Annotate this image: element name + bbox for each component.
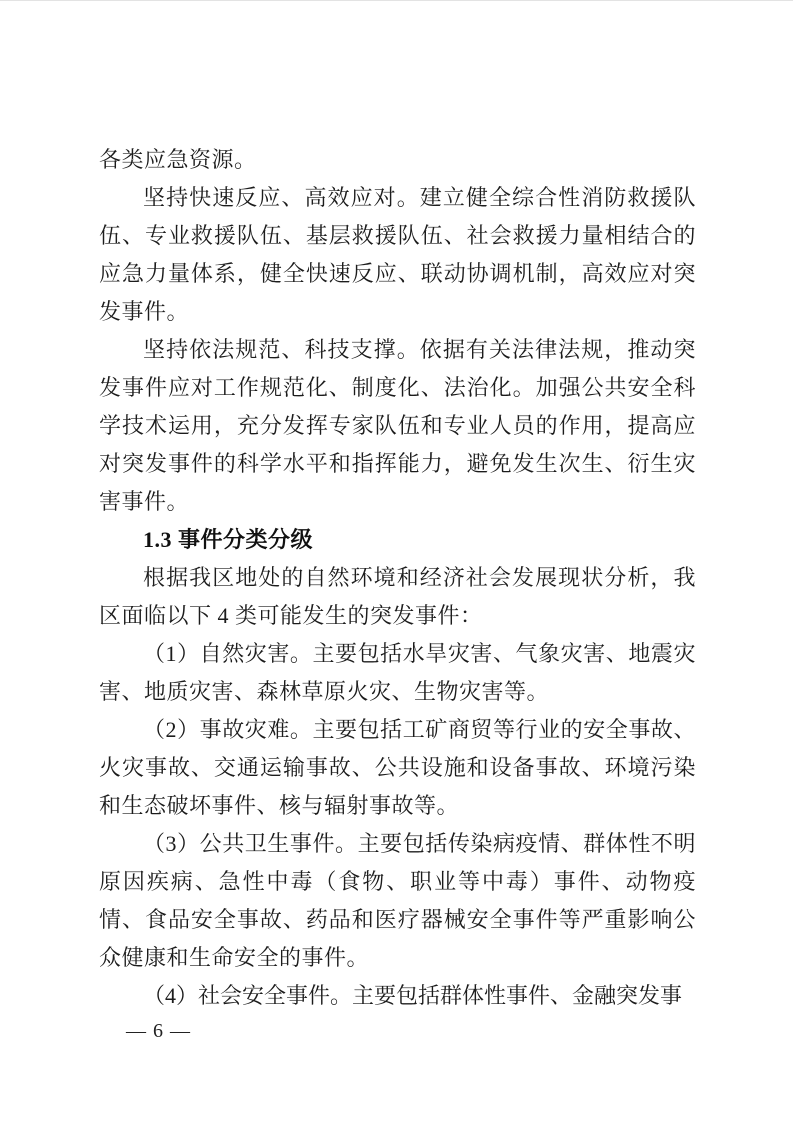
page-number-footer: — 6 —	[126, 1012, 191, 1050]
paragraph-category-accident-disaster: （2）事故灾难。主要包括工矿商贸等行业的安全事故、火灾事故、交通运输事故、公共设…	[99, 711, 696, 825]
document-body: 各类应急资源。 坚持快速反应、高效应对。建立健全综合性消防救援队伍、专业救援队伍…	[99, 141, 696, 1015]
paragraph-category-public-health: （3）公共卫生事件。主要包括传染病疫情、群体性不明原因疾病、急性中毒（食物、职业…	[99, 825, 696, 977]
paragraph-category-social-security: （4）社会安全事件。主要包括群体性事件、金融突发事	[99, 977, 696, 1015]
document-page: 各类应急资源。 坚持快速反应、高效应对。建立健全综合性消防救援队伍、专业救援队伍…	[0, 0, 793, 1122]
page-scan-edge	[0, 0, 793, 1]
paragraph-continuation: 各类应急资源。	[99, 141, 696, 179]
paragraph-category-natural-disaster: （1）自然灾害。主要包括水旱灾害、气象灾害、地震灾害、地质灾害、森林草原火灾、生…	[99, 635, 696, 711]
paragraph-principle-law-science: 坚持依法规范、科技支撑。依据有关法律法规，推动突发事件应对工作规范化、制度化、法…	[99, 331, 696, 521]
paragraph-intro-four-categories: 根据我区地处的自然环境和经济社会发展现状分析，我区面临以下 4 类可能发生的突发…	[99, 559, 696, 635]
section-heading-1-3: 1.3 事件分类分级	[99, 521, 696, 559]
paragraph-principle-rapid-response: 坚持快速反应、高效应对。建立健全综合性消防救援队伍、专业救援队伍、基层救援队伍、…	[99, 179, 696, 331]
